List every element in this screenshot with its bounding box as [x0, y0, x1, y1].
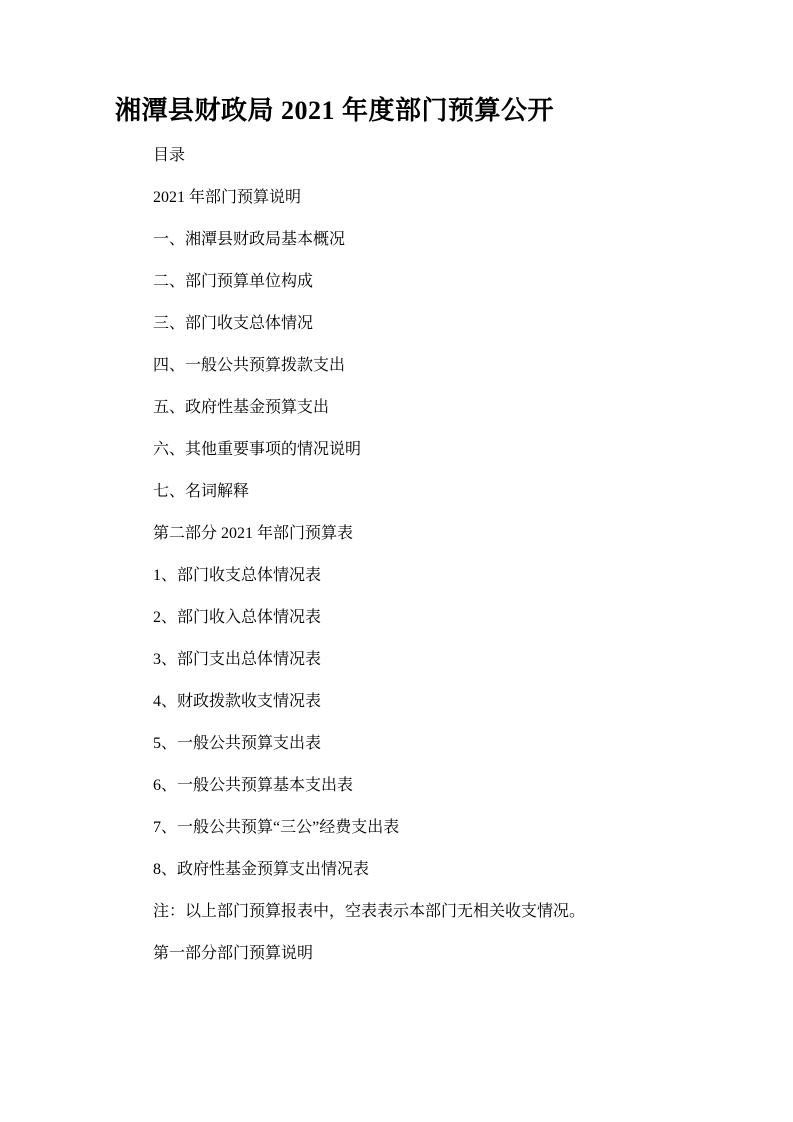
toc-section-heading: 第一部分部门预算说明 — [153, 945, 713, 962]
toc-line: 七、名词解释 — [153, 483, 713, 500]
toc-line: 8、政府性基金预算支出情况表 — [153, 861, 713, 878]
toc-line: 2、部门收入总体情况表 — [153, 609, 713, 626]
toc-line: 一、湘潭县财政局基本概况 — [153, 231, 713, 248]
toc-line: 3、部门支出总体情况表 — [153, 651, 713, 668]
toc-line: 六、其他重要事项的情况说明 — [153, 441, 713, 458]
toc-note: 注：以上部门预算报表中，空表表示本部门无相关收支情况。 — [153, 903, 713, 920]
document-page: 湘潭县财政局 2021 年度部门预算公开 目录 2021 年部门预算说明 一、湘… — [0, 0, 793, 1122]
toc-line: 7、一般公共预算“三公”经费支出表 — [153, 819, 713, 836]
toc-line: 三、部门收支总体情况 — [153, 315, 713, 332]
toc-line: 4、财政拨款收支情况表 — [153, 693, 713, 710]
toc-line: 五、政府性基金预算支出 — [153, 399, 713, 416]
toc-line: 2021 年部门预算说明 — [153, 189, 713, 206]
toc-line: 1、部门收支总体情况表 — [153, 567, 713, 584]
document-title: 湘潭县财政局 2021 年度部门预算公开 — [115, 96, 713, 126]
toc-section-heading: 第二部分 2021 年部门预算表 — [153, 525, 713, 542]
toc-heading: 目录 — [153, 147, 713, 164]
toc-line: 6、一般公共预算基本支出表 — [153, 777, 713, 794]
toc-line: 四、一般公共预算拨款支出 — [153, 357, 713, 374]
table-of-contents: 目录 2021 年部门预算说明 一、湘潭县财政局基本概况 二、部门预算单位构成 … — [115, 147, 713, 962]
toc-line: 5、一般公共预算支出表 — [153, 735, 713, 752]
toc-line: 二、部门预算单位构成 — [153, 273, 713, 290]
